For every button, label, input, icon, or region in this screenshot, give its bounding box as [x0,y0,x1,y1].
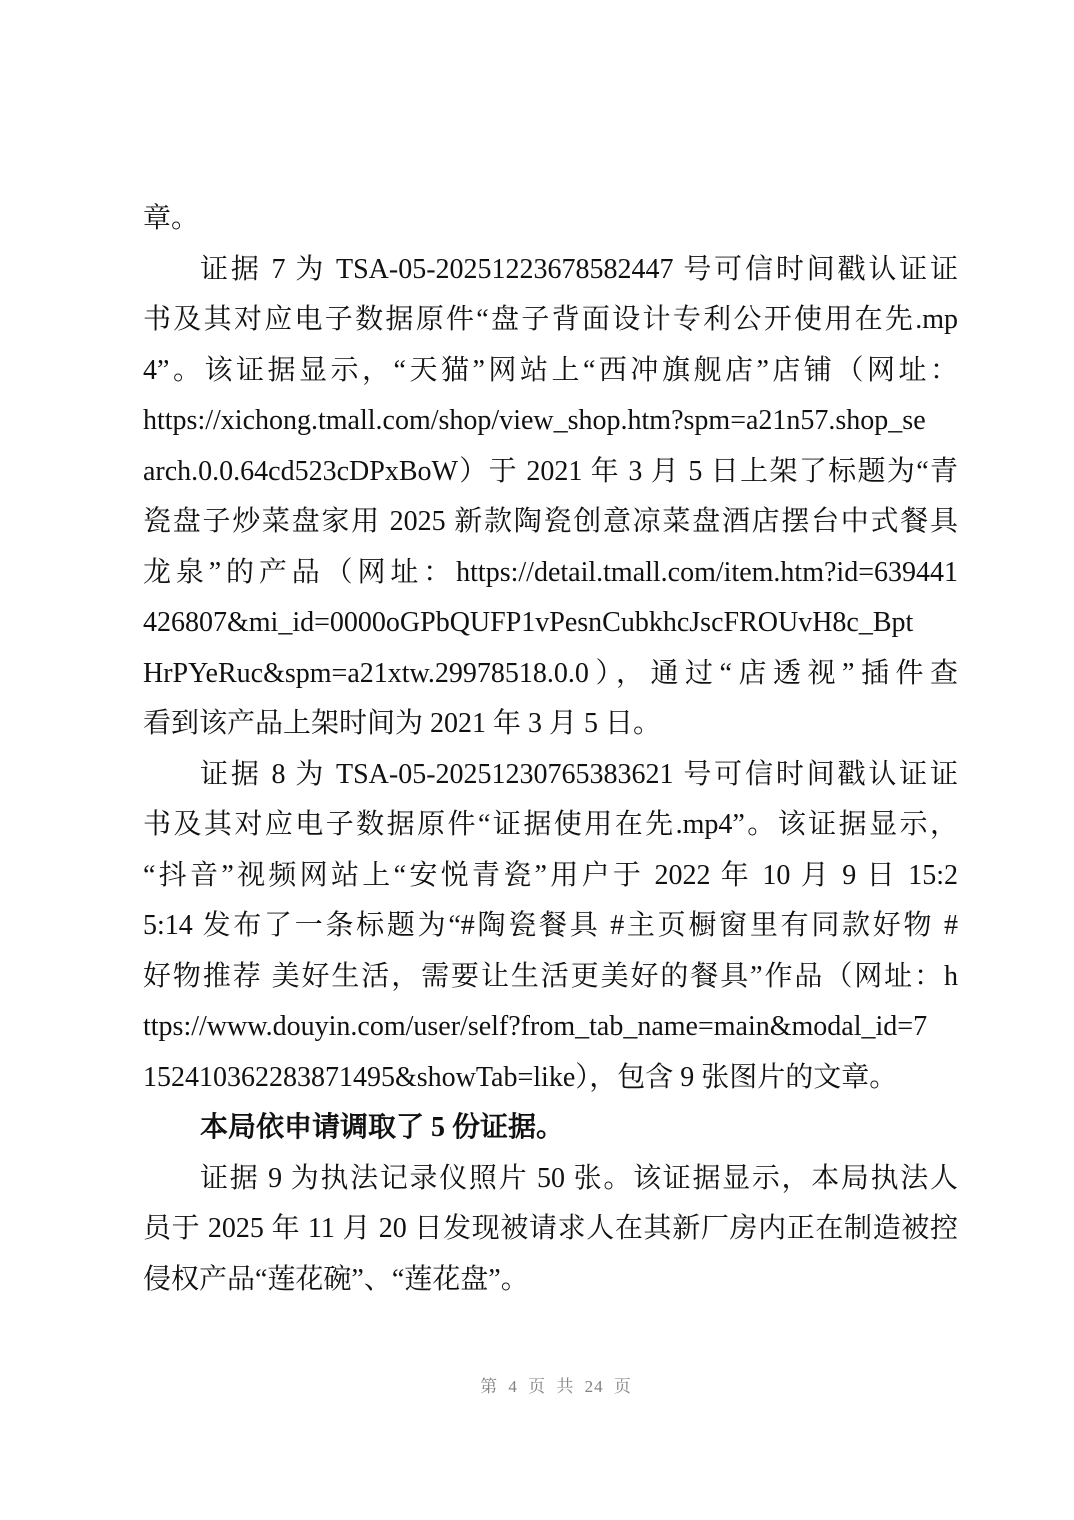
doc-line: “抖音”视频网站上“安悦青瓷”用户于 2022 年 10 月 9 日 15:2 [143,851,958,902]
doc-line-url: https://xichong.tmall.com/shop/view_shop… [143,396,958,447]
document-body: 章。 证据 7 为 TSA-05-20251223678582447 号可信时间… [143,194,958,1305]
doc-line: 龙泉”的产品（网址：https://detail.tmall.com/item.… [143,548,958,599]
doc-line: 证据 8 为 TSA-05-20251230765383621 号可信时间戳认证… [143,750,958,801]
doc-line: 5:14 发布了一条标题为“#陶瓷餐具 #主页橱窗里有同款好物 # [143,901,958,952]
doc-heading-line: 本局依申请调取了 5 份证据。 [143,1103,958,1154]
doc-line: 章。 [143,194,958,245]
doc-line: 152410362283871495&showTab=like），包含 9 张图… [143,1053,958,1104]
doc-line: HrPYeRuc&spm=a21xtw.29978518.0.0），通过“店透视… [143,649,958,700]
doc-line: 看到该产品上架时间为 2021 年 3 月 5 日。 [143,699,958,750]
doc-line: 4”。该证据显示，“天猫”网站上“西冲旗舰店”店铺（网址： [143,346,958,397]
doc-line: 证据 9 为执法记录仪照片 50 张。该证据显示，本局执法人 [143,1154,958,1205]
doc-line: 好物推荐 美好生活，需要让生活更美好的餐具”作品（网址：h [143,952,958,1003]
doc-line: 书及其对应电子数据原件“盘子背面设计专利公开使用在先.mp [143,295,958,346]
doc-line: 侵权产品“莲花碗”、“莲花盘”。 [143,1255,958,1306]
doc-line: 瓷盘子炒菜盘家用 2025 新款陶瓷创意凉菜盘酒店摆台中式餐具 [143,497,958,548]
doc-line: arch.0.0.64cd523cDPxBoW）于 2021 年 3 月 5 日… [143,447,958,498]
doc-line: 员于 2025 年 11 月 20 日发现被请求人在其新厂房内正在制造被控 [143,1204,958,1255]
doc-line-url: 426807&mi_id=0000oGPbQUFP1vPesnCubkhcJsc… [143,598,958,649]
page-number-footer: 第 4 页 共 24 页 [19,1372,1074,1397]
document-page: 章。 证据 7 为 TSA-05-20251223678582447 号可信时间… [0,0,1074,1520]
doc-line: 书及其对应电子数据原件“证据使用在先.mp4”。该证据显示， [143,800,958,851]
doc-line-url: ttps://www.douyin.com/user/self?from_tab… [143,1002,958,1053]
doc-line: 证据 7 为 TSA-05-20251223678582447 号可信时间戳认证… [143,245,958,296]
